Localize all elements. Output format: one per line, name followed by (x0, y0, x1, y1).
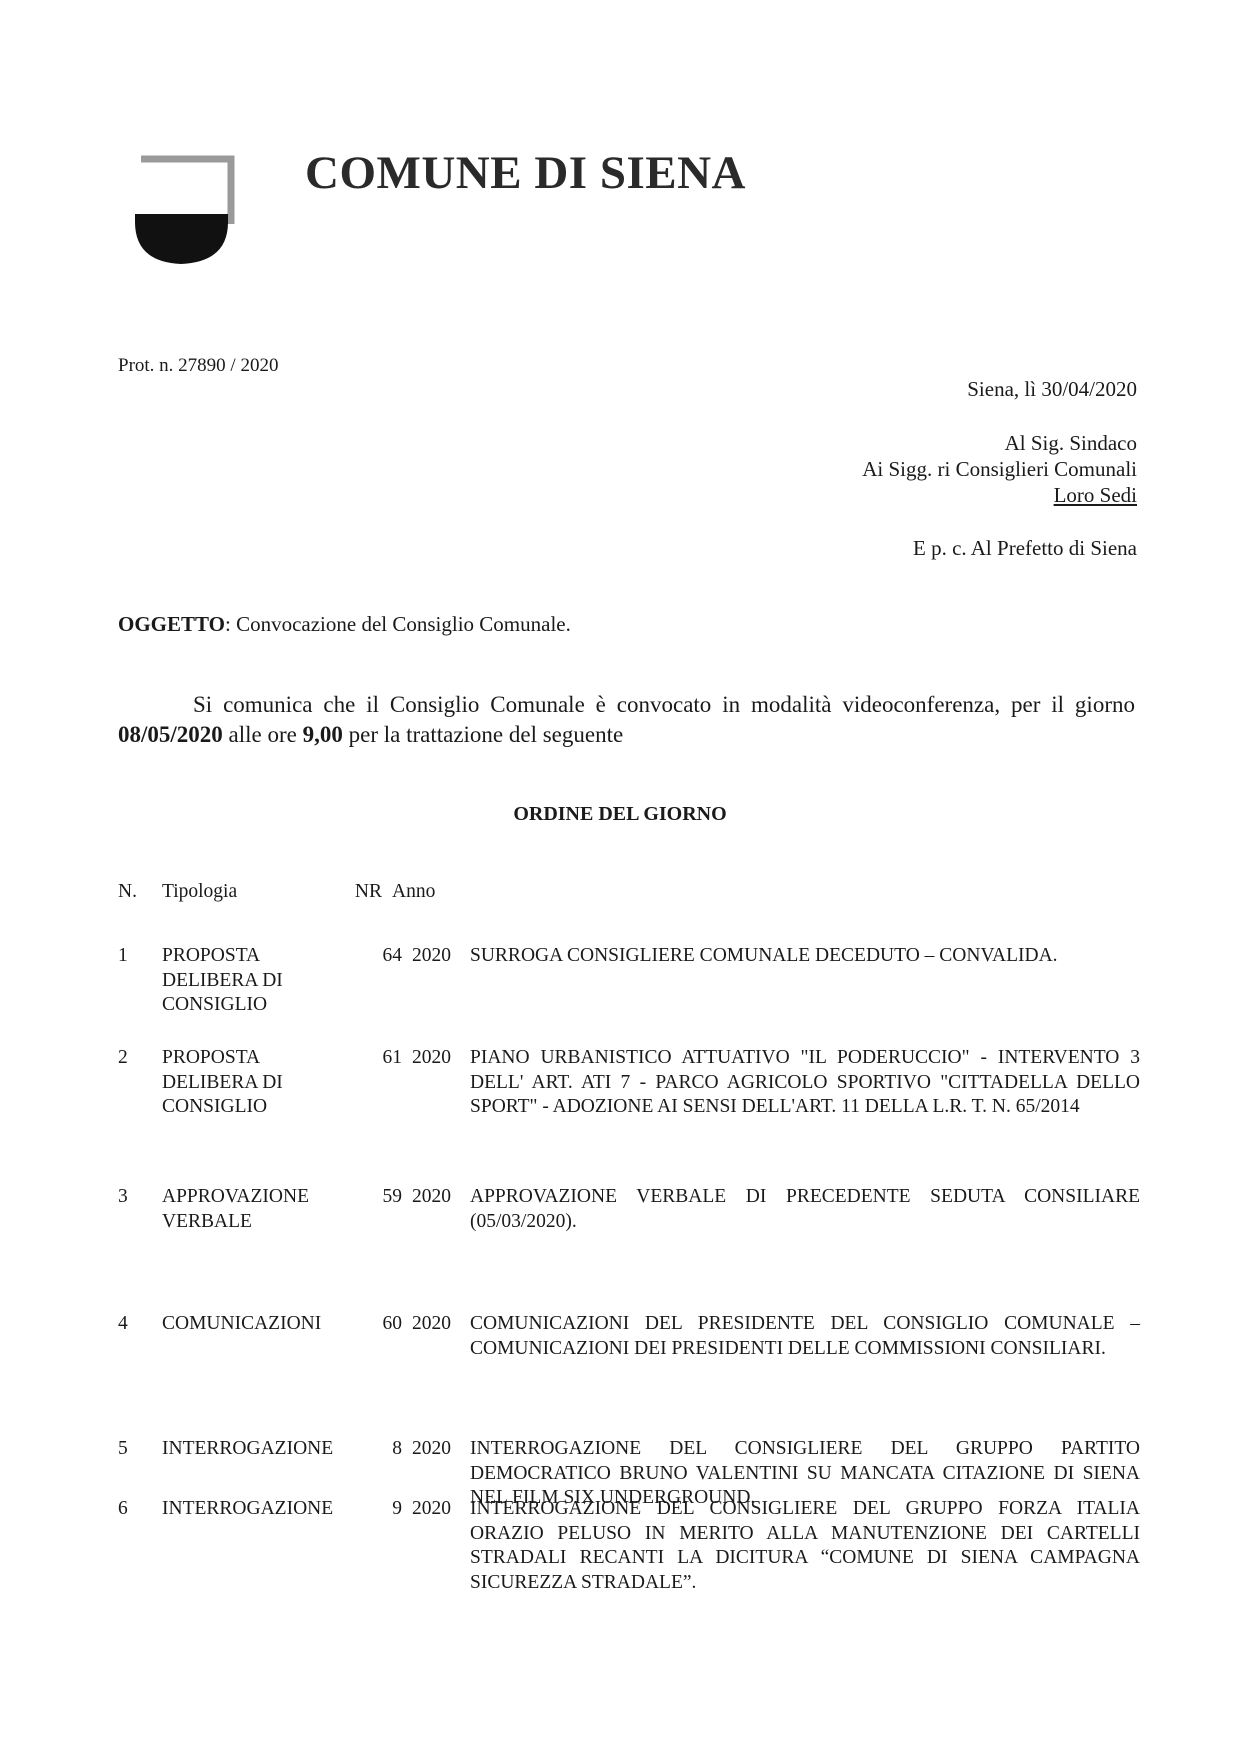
item-nr: 61 (374, 1046, 412, 1120)
item-type: APPROVAZIONE VERBALE (162, 1185, 374, 1234)
item-number: 3 (118, 1185, 162, 1234)
meeting-time: 9,00 (303, 722, 343, 747)
item-year: 2020 (412, 1185, 470, 1234)
item-number: 1 (118, 944, 162, 1018)
siena-coat-of-arms-icon (133, 154, 243, 266)
col-header-n: N. (118, 880, 162, 905)
table-row: 4COMUNICAZIONI602020COMUNICAZIONI DEL PR… (118, 1312, 1140, 1361)
body-text-2: alle ore (223, 722, 303, 747)
item-type: PROPOSTA DELIBERA DI CONSIGLIO (162, 944, 374, 1018)
meeting-date: 08/05/2020 (118, 722, 223, 747)
item-year: 2020 (412, 1497, 470, 1595)
table-row: 1PROPOSTA DELIBERA DI CONSIGLIO642020SUR… (118, 944, 1140, 1018)
item-type: INTERROGAZIONE (162, 1497, 374, 1595)
body-text-3: per la trattazione del seguente (343, 722, 623, 747)
item-year: 2020 (412, 1046, 470, 1120)
item-nr: 64 (374, 944, 412, 1018)
recipient-seats: Loro Sedi (862, 482, 1137, 508)
recipients-block: Al Sig. Sindaco Ai Sigg. ri Consiglieri … (862, 430, 1137, 508)
table-row: 6INTERROGAZIONE92020INTERROGAZIONE DEL C… (118, 1497, 1140, 1595)
col-header-anno: Anno (392, 880, 450, 905)
subject-label: OGGETTO (118, 612, 225, 636)
place-date: Siena, lì 30/04/2020 (967, 376, 1137, 402)
item-type: COMUNICAZIONI (162, 1312, 374, 1361)
col-header-descrizione (450, 880, 1140, 905)
item-year: 2020 (412, 944, 470, 1018)
item-number: 6 (118, 1497, 162, 1595)
protocol-number: Prot. n. 27890 / 2020 (118, 355, 278, 377)
col-header-nr: NR (354, 880, 392, 905)
item-description: APPROVAZIONE VERBALE DI PRECEDENTE SEDUT… (470, 1185, 1140, 1234)
organization-title: COMUNE DI SIENA (305, 146, 746, 200)
subject-text: : Convocazione del Consiglio Comunale. (225, 612, 571, 636)
agenda-header-row: N. Tipologia NR Anno (118, 880, 1140, 905)
item-nr: 9 (374, 1497, 412, 1595)
item-description: COMUNICAZIONI DEL PRESIDENTE DEL CONSIGL… (470, 1312, 1140, 1361)
item-nr: 60 (374, 1312, 412, 1361)
item-year: 2020 (412, 1312, 470, 1361)
subject-line: OGGETTO: Convocazione del Consiglio Comu… (118, 612, 571, 637)
item-type: PROPOSTA DELIBERA DI CONSIGLIO (162, 1046, 374, 1120)
item-number: 2 (118, 1046, 162, 1120)
item-nr: 59 (374, 1185, 412, 1234)
carbon-copy: E p. c. Al Prefetto di Siena (913, 535, 1137, 561)
agenda-title: ORDINE DEL GIORNO (0, 803, 1240, 826)
body-paragraph: Si comunica che il Consiglio Comunale è … (118, 690, 1135, 750)
item-description: PIANO URBANISTICO ATTUATIVO "IL PODERUCC… (470, 1046, 1140, 1120)
recipient-councillors: Ai Sigg. ri Consiglieri Comunali (862, 456, 1137, 482)
table-row: 2PROPOSTA DELIBERA DI CONSIGLIO612020PIA… (118, 1046, 1140, 1120)
table-row: 3APPROVAZIONE VERBALE592020APPROVAZIONE … (118, 1185, 1140, 1234)
item-description: INTERROGAZIONE DEL CONSIGLIERE DEL GRUPP… (470, 1497, 1140, 1595)
item-description: SURROGA CONSIGLIERE COMUNALE DECEDUTO – … (470, 944, 1140, 1018)
col-header-tipologia: Tipologia (162, 880, 354, 905)
body-text-1: Si comunica che il Consiglio Comunale è … (193, 692, 1135, 717)
recipient-mayor: Al Sig. Sindaco (862, 430, 1137, 456)
item-number: 4 (118, 1312, 162, 1361)
